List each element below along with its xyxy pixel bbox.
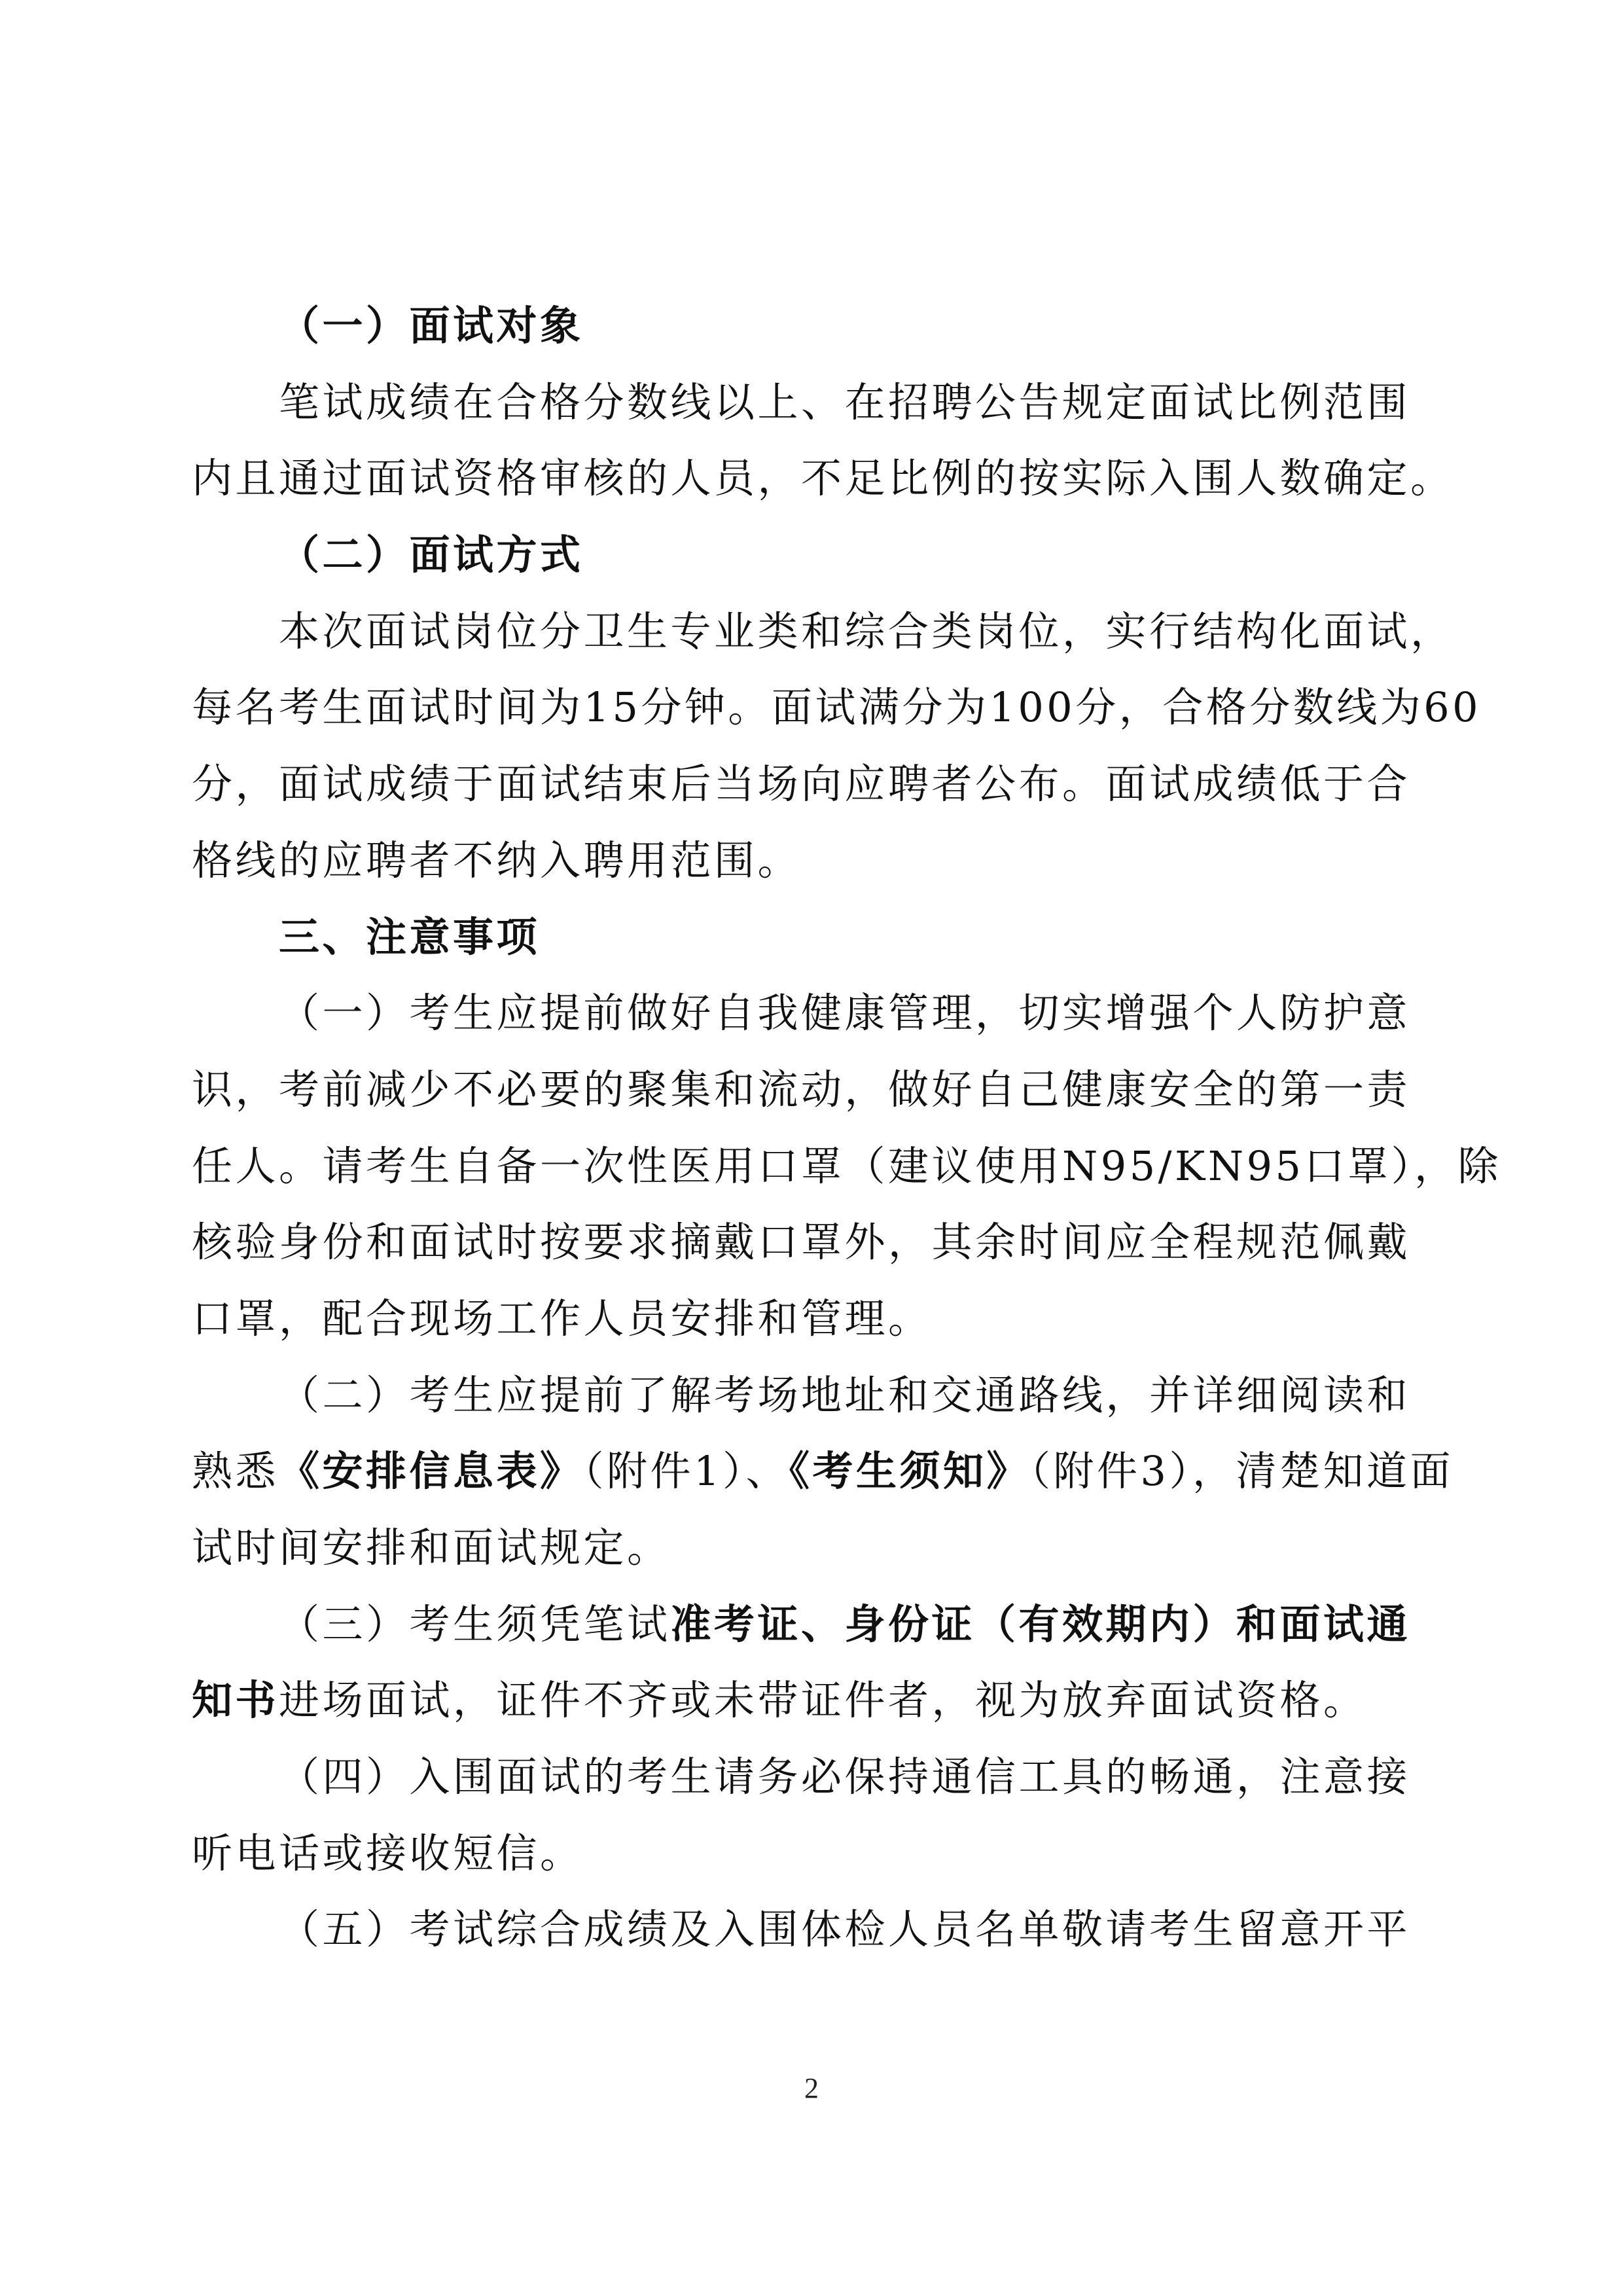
text-run: 进场面试，证件不齐或未带证件者，视为放弃面试资格。 <box>279 1676 1367 1724</box>
paragraph-line: 每名考生面试时间为15分钟。面试满分为100分，合格分数线为60 <box>192 670 1413 746</box>
paragraph-line: 知书进场面试，证件不齐或未带证件者，视为放弃面试资格。 <box>192 1662 1413 1739</box>
paragraph-line: 分，面试成绩于面试结束后当场向应聘者公布。面试成绩低于合 <box>192 746 1413 823</box>
paragraph-line: 格线的应聘者不纳入聘用范围。 <box>192 823 1413 899</box>
paragraph-line: 熟悉《安排信息表》（附件1）、《考生须知》（附件3），清楚知道面 <box>192 1433 1413 1510</box>
paragraph-line: 识，考前减少不必要的聚集和流动，做好自己健康安全的第一责 <box>192 1052 1413 1128</box>
paragraph-line: 任人。请考生自备一次性医用口罩（建议使用N95/KN95口罩），除 <box>192 1128 1413 1205</box>
paragraph-line: 笔试成绩在合格分数线以上、在招聘公告规定面试比例范围 <box>192 365 1413 441</box>
document-title-schedule: 《安排信息表》 <box>279 1447 584 1495</box>
section-heading-notes: 三、注意事项 <box>192 899 1413 976</box>
attachment-reference: （附件3），清楚知道面 <box>1030 1447 1454 1495</box>
paragraph-line: 试时间安排和面试规定。 <box>192 1510 1413 1587</box>
required-documents-emphasis: 知书 <box>192 1676 279 1724</box>
page-number: 2 <box>0 2072 1623 2105</box>
text-run: （三）考生须凭笔试 <box>279 1600 671 1648</box>
attachment-reference: （附件1）、 <box>584 1447 789 1495</box>
document-title-candidate-notice: 《考生须知》 <box>789 1447 1030 1495</box>
paragraph-line: （一）考生应提前做好自我健康管理，切实增强个人防护意 <box>192 975 1413 1052</box>
paragraph-line: （三）考生须凭笔试准考证、身份证（有效期内）和面试通 <box>192 1587 1413 1663</box>
paragraph-line: 口罩，配合现场工作人员安排和管理。 <box>192 1281 1413 1357</box>
subheading-interview-subjects: （一）面试对象 <box>192 288 1413 365</box>
paragraph-line: 核验身份和面试时按要求摘戴口罩外，其余时间应全程规范佩戴 <box>192 1204 1413 1281</box>
paragraph-line: 内且通过面试资格审核的人员，不足比例的按实际入围人数确定。 <box>192 440 1413 517</box>
text-run: 熟悉 <box>192 1447 279 1495</box>
required-documents-emphasis: 准考证、身份证（有效期内）和面试通 <box>671 1600 1411 1648</box>
paragraph-line: （四）入围面试的考生请务必保持通信工具的畅通，注意接 <box>192 1739 1413 1816</box>
document-body: （一）面试对象 笔试成绩在合格分数线以上、在招聘公告规定面试比例范围 内且通过面… <box>192 288 1413 1968</box>
paragraph-line: 听电话或接收短信。 <box>192 1816 1413 1892</box>
document-page: （一）面试对象 笔试成绩在合格分数线以上、在招聘公告规定面试比例范围 内且通过面… <box>0 0 1623 2296</box>
paragraph-line: （二）考生应提前了解考场地址和交通路线，并详细阅读和 <box>192 1357 1413 1434</box>
paragraph-line: 本次面试岗位分卫生专业类和综合类岗位，实行结构化面试， <box>192 594 1413 670</box>
subheading-interview-method: （二）面试方式 <box>192 517 1413 594</box>
paragraph-line: （五）考试综合成绩及入围体检人员名单敬请考生留意开平 <box>192 1892 1413 1968</box>
